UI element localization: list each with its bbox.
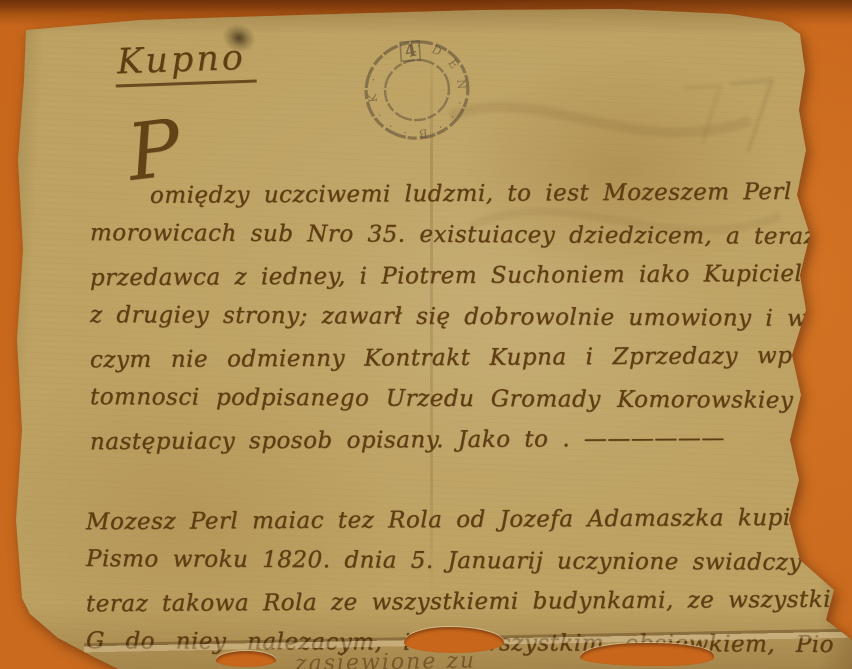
handwritten-line: czym nie odmienny Kontrakt Kupna i Zprze…	[90, 336, 830, 382]
svg-text:· D E N · · · B · · · K ·: · D E N · · · B · · · K ·	[355, 30, 479, 151]
stamp-ring-text: · D E N · · · B · · · K ·	[355, 30, 479, 151]
handwritten-line: teraz takowa Rola ze wszystkiemi budynka…	[86, 580, 834, 626]
handwritten-line: morowicach sub Nro 35. existuiacey dzied…	[90, 213, 830, 258]
handwritten-line: Mozesz Perl maiac tez Rola od Jozefa Ada…	[86, 498, 834, 544]
handwritten-line: tomnosci podpisanego Urzedu Gromady Komo…	[90, 377, 830, 422]
stamp-numeral: 4	[403, 40, 419, 62]
handwritten-line: następuiacy sposob opisany. Jako to . ——…	[90, 418, 830, 464]
paper-tear	[580, 643, 714, 666]
handwritten-line: Pismo wroku 1820. dnia 5. Januarij uczyn…	[86, 539, 834, 584]
document-title: Kupno	[114, 38, 256, 88]
paper-wrapper: Kupno 4 · D E N · · · B · · · K · P omię…	[0, 0, 852, 669]
manuscript-paper: Kupno 4 · D E N · · · B · · · K · P omię…	[0, 0, 852, 669]
manuscript-photo: Kupno 4 · D E N · · · B · · · K · P omię…	[0, 0, 852, 669]
paragraph-1: omiędzy uczciwemi ludzmi, to iest Mozesz…	[90, 174, 830, 461]
paper-tear	[216, 651, 276, 667]
handwritten-line: z drugiey strony; zawarł się dobrowolnie…	[90, 295, 830, 340]
handwritten-line: omiędzy uczciwemi ludzmi, to iest Mozesz…	[90, 172, 830, 218]
handwritten-line: przedawca z iedney, i Piotrem Suchoniem …	[90, 254, 830, 300]
